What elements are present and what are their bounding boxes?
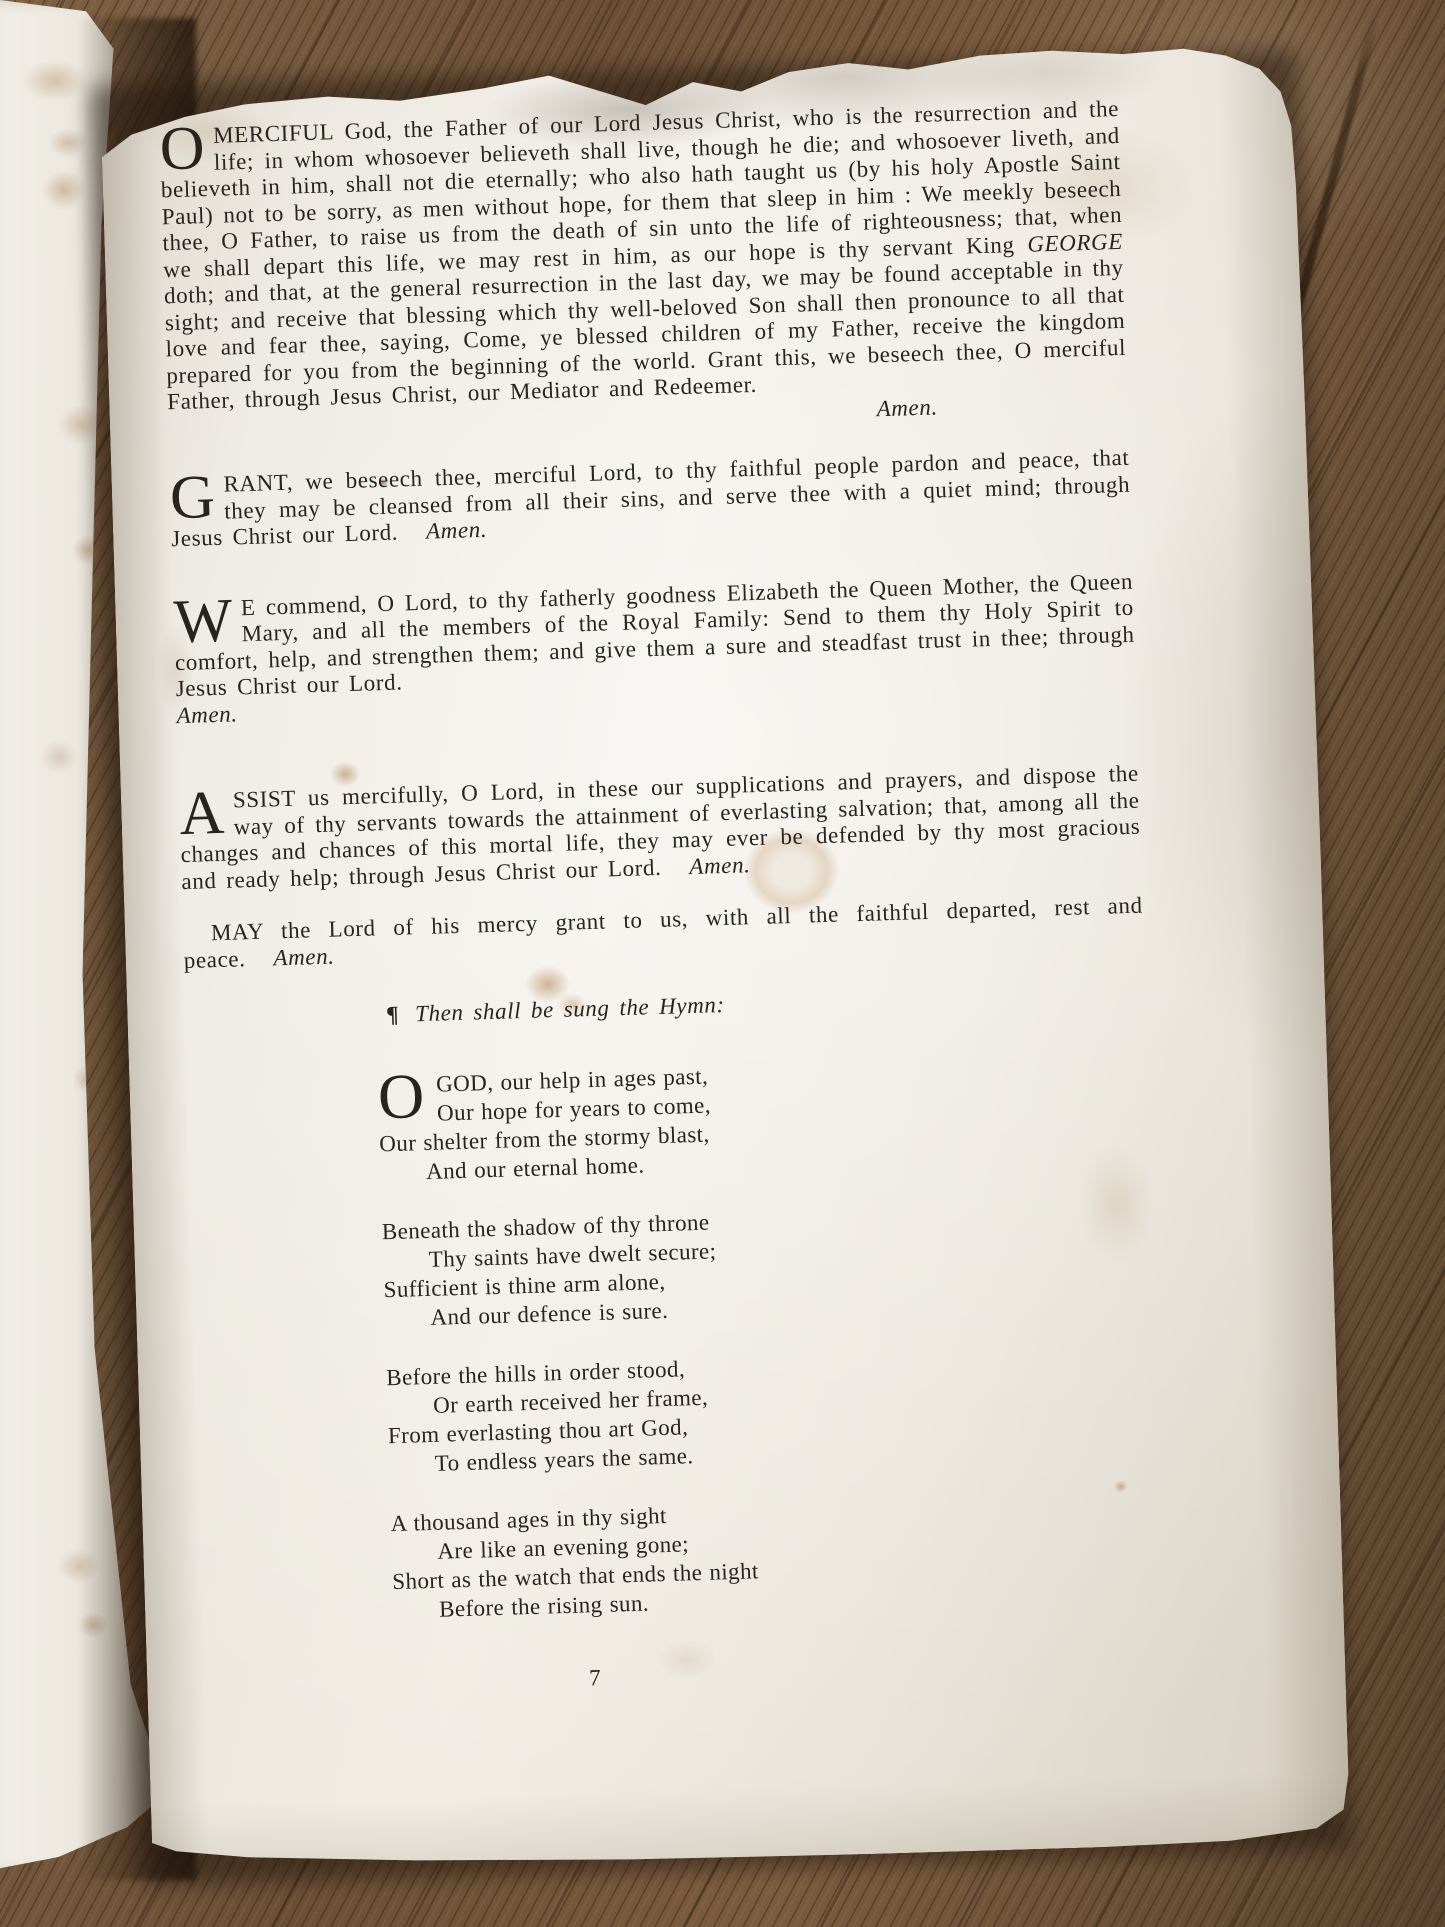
king-name-emphasis: GEORGE [1027,228,1123,256]
prayer-book-page: OMERCIFUL God, the Father of our Lord Je… [100,43,1351,1876]
hymn-verse-2: Beneath the shadow of thy throne Thy sai… [381,1194,1154,1333]
hymn-block: O GOD, our help in ages past, Our hope f… [377,1048,1163,1625]
rubric-text: Then shall be sung the Hymn: [415,992,725,1026]
hymn-verse-3: Before the hills in order stood, Or eart… [386,1340,1159,1479]
rubric-line: ¶Then shall be sung the Hymn: [185,986,925,1034]
amen: Amen. [689,852,751,879]
prayer-text: SSIST us mercifully, O Lord, in these ou… [180,761,1140,894]
page-number: 7 [205,1653,985,1703]
prayer-assist: ASSIST us mercifully, O Lord, in these o… [179,761,1142,895]
hymn-verse-4: A thousand ages in thy sight Are like an… [390,1486,1163,1625]
wood-table: OMERCIFUL God, the Father of our Lord Je… [0,0,1445,1927]
hymn-verse-1: O GOD, our help in ages past, Our hope f… [377,1048,1150,1187]
prayer-grant: GRANT, we beseech thee, merciful Lord, t… [169,445,1131,553]
prayer-text: RANT, we beseech thee, merciful Lord, to… [171,445,1131,551]
drop-cap-a: A [179,788,234,838]
drop-cap-o: O [159,123,214,173]
prayer-text: MERCIFUL God, the Father of our Lord Jes… [161,96,1123,282]
drop-cap-g: G [169,472,224,522]
drop-cap-w: W [173,595,242,645]
hymn-drop-cap-o: O [377,1069,437,1121]
stain [40,740,78,774]
amen: Amen. [426,517,488,544]
pilcrow-mark: ¶ [386,1002,400,1027]
printed-text-block: OMERCIFUL God, the Father of our Lord Je… [159,96,1165,1703]
prayer-o-merciful: OMERCIFUL God, the Father of our Lord Je… [159,96,1127,416]
prayer-may: MAY the Lord of his mercy grant to us, w… [183,893,1144,974]
amen: Amen. [273,943,335,970]
prayer-text: doth; and that, at the general resurrect… [164,255,1127,414]
